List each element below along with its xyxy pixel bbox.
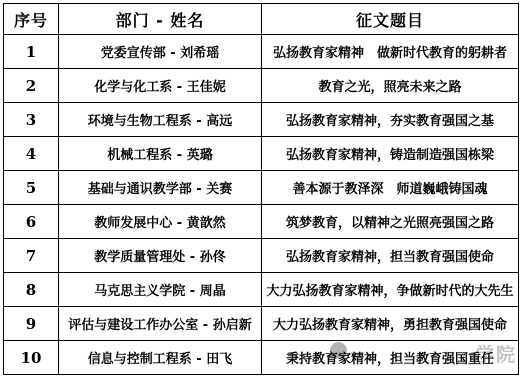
- table-row: 7 教学质量管理处 - 孙佟 弘扬教育家精神，担当教育强国使命: [4, 239, 519, 273]
- table-body: 1 党委宣传部 - 刘希瑶 弘扬教育家精神 做新时代教育的躬耕者 2 化学与化工…: [4, 35, 519, 375]
- row-number-cell: 8: [4, 273, 59, 307]
- table-row: 10 信息与控制工程系 - 田飞 秉持教育家精神，担当教育强国重任: [4, 341, 519, 375]
- dept-name-cell: 信息与控制工程系 - 田飞: [59, 341, 262, 375]
- row-number-cell: 7: [4, 239, 59, 273]
- row-number-cell: 2: [4, 69, 59, 103]
- header-essay-title: 征文题目: [262, 4, 519, 35]
- essay-title-cell: 大力弘扬教育家精神，争做新时代的大先生: [262, 273, 519, 307]
- header-no: 序号: [4, 4, 59, 35]
- essay-title-cell: 大力弘扬教育家精神，勇担教育强国使命: [262, 307, 519, 341]
- dept-name-cell: 教学质量管理处 - 孙佟: [59, 239, 262, 273]
- essay-title-cell: 弘扬教育家精神，夯实教育强国之基: [262, 103, 519, 137]
- row-number-cell: 4: [4, 137, 59, 171]
- row-number-cell: 6: [4, 205, 59, 239]
- essay-title-cell: 弘扬教育家精神，铸造制造强国栋梁: [262, 137, 519, 171]
- dept-name-cell: 环境与生物工程系 - 高远: [59, 103, 262, 137]
- table-row: 8 马克思主义学院 - 周晶 大力弘扬教育家精神，争做新时代的大先生: [4, 273, 519, 307]
- header-dept-name: 部门 - 姓名: [59, 4, 262, 35]
- row-number-cell: 10: [4, 341, 59, 375]
- essay-award-table: 序号 部门 - 姓名 征文题目 1 党委宣传部 - 刘希瑶 弘扬教育家精神 做新…: [3, 3, 519, 375]
- dept-name-cell: 评估与建设工作办公室 - 孙启新: [59, 307, 262, 341]
- table-header: 序号 部门 - 姓名 征文题目: [4, 4, 519, 35]
- dept-name-cell: 党委宣传部 - 刘希瑶: [59, 35, 262, 69]
- essay-title-cell: 弘扬教育家精神，担当教育强国使命: [262, 239, 519, 273]
- row-number-cell: 9: [4, 307, 59, 341]
- essay-title-cell: 弘扬教育家精神 做新时代教育的躬耕者: [262, 35, 519, 69]
- table-row: 9 评估与建设工作办公室 - 孙启新 大力弘扬教育家精神，勇担教育强国使命: [4, 307, 519, 341]
- table-row: 6 教师发展中心 - 黄歆然 筑梦教育，以精神之光照亮强国之路: [4, 205, 519, 239]
- page: 学院 序号 部门 - 姓名 征文题目 1 党委宣传部 - 刘希瑶 弘扬教育家精神…: [0, 0, 529, 379]
- table-row: 2 化学与化工系 - 王佳妮 教育之光，照亮未来之路: [4, 69, 519, 103]
- dept-name-cell: 化学与化工系 - 王佳妮: [59, 69, 262, 103]
- table-row: 3 环境与生物工程系 - 高远 弘扬教育家精神，夯实教育强国之基: [4, 103, 519, 137]
- row-number-cell: 5: [4, 171, 59, 205]
- essay-title-cell: 善本源于教泽深 师道巍峨铸国魂: [262, 171, 519, 205]
- table-row: 1 党委宣传部 - 刘希瑶 弘扬教育家精神 做新时代教育的躬耕者: [4, 35, 519, 69]
- dept-name-cell: 基础与通识教学部 - 关赛: [59, 171, 262, 205]
- essay-title-cell: 教育之光，照亮未来之路: [262, 69, 519, 103]
- row-number-cell: 3: [4, 103, 59, 137]
- table-row: 4 机械工程系 - 英璐 弘扬教育家精神，铸造制造强国栋梁: [4, 137, 519, 171]
- essay-title-cell: 秉持教育家精神，担当教育强国重任: [262, 341, 519, 375]
- row-number-cell: 1: [4, 35, 59, 69]
- header-row: 序号 部门 - 姓名 征文题目: [4, 4, 519, 35]
- essay-title-cell: 筑梦教育，以精神之光照亮强国之路: [262, 205, 519, 239]
- dept-name-cell: 教师发展中心 - 黄歆然: [59, 205, 262, 239]
- table-row: 5 基础与通识教学部 - 关赛 善本源于教泽深 师道巍峨铸国魂: [4, 171, 519, 205]
- dept-name-cell: 马克思主义学院 - 周晶: [59, 273, 262, 307]
- dept-name-cell: 机械工程系 - 英璐: [59, 137, 262, 171]
